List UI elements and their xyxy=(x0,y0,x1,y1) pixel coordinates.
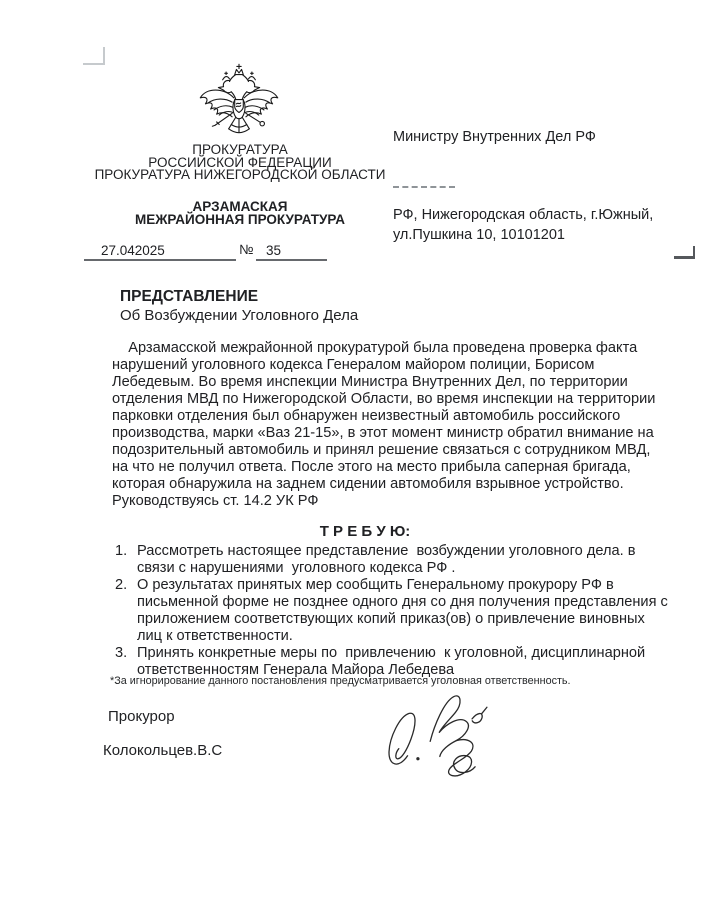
document-page: ПРОКУРАТУРА РОССИЙСКОЙ ФЕДЕРАЦИИ ПРОКУРА… xyxy=(0,0,720,907)
list-item: 3. Принять конкретные меры по привлечени… xyxy=(115,645,660,679)
corner-mark-address-bottom-right xyxy=(674,246,695,259)
document-date: 27.042025 xyxy=(101,243,165,258)
date-underline xyxy=(84,259,236,261)
division-name: АРЗАМАСКАЯ МЕЖРАЙОННАЯ ПРОКУРАТУРА xyxy=(40,201,440,227)
signer-name: Колокольцев.В.С xyxy=(103,742,222,759)
blank-fill-line xyxy=(393,171,455,188)
list-item-marker: 1. xyxy=(115,543,137,560)
handwritten-signature-icon xyxy=(373,681,513,796)
document-title: ПРЕДСТАВЛЕНИЕ xyxy=(120,287,258,306)
body-paragraph: Арзамасской межрайонной прокуратурой был… xyxy=(112,340,655,510)
number-underline xyxy=(256,259,327,261)
signer-role: Прокурор xyxy=(108,708,175,725)
list-item-text: Принять конкретные меры по привлечению к… xyxy=(137,645,645,679)
russian-coat-of-arms-icon xyxy=(196,63,282,143)
recipient-address: РФ, Нижегородская область, г.Южный, ул.П… xyxy=(393,205,653,245)
demand-list: 1. Рассмотреть настоящее представление в… xyxy=(115,543,660,679)
number-sign: № xyxy=(239,242,253,257)
list-item: 2. О результатах принятых мер сообщить Г… xyxy=(115,577,660,645)
list-item-text: Рассмотреть настоящее представление возб… xyxy=(137,543,635,577)
list-item: 1. Рассмотреть настоящее представление в… xyxy=(115,543,660,577)
corner-mark-top-left xyxy=(83,47,105,65)
document-number: 35 xyxy=(266,243,281,258)
document-subtitle: Об Возбуждении Уголовного Дела xyxy=(120,306,358,325)
list-item-text: О результатах принятых мер сообщить Гене… xyxy=(137,577,668,645)
recipient-line: Министру Внутренних Дел РФ xyxy=(393,129,596,145)
list-item-marker: 2. xyxy=(115,577,137,594)
organization-name: ПРОКУРАТУРА РОССИЙСКОЙ ФЕДЕРАЦИИ ПРОКУРА… xyxy=(40,144,440,182)
demand-heading: Т Р Е Б У Ю: xyxy=(95,523,635,540)
list-item-marker: 3. xyxy=(115,645,137,662)
